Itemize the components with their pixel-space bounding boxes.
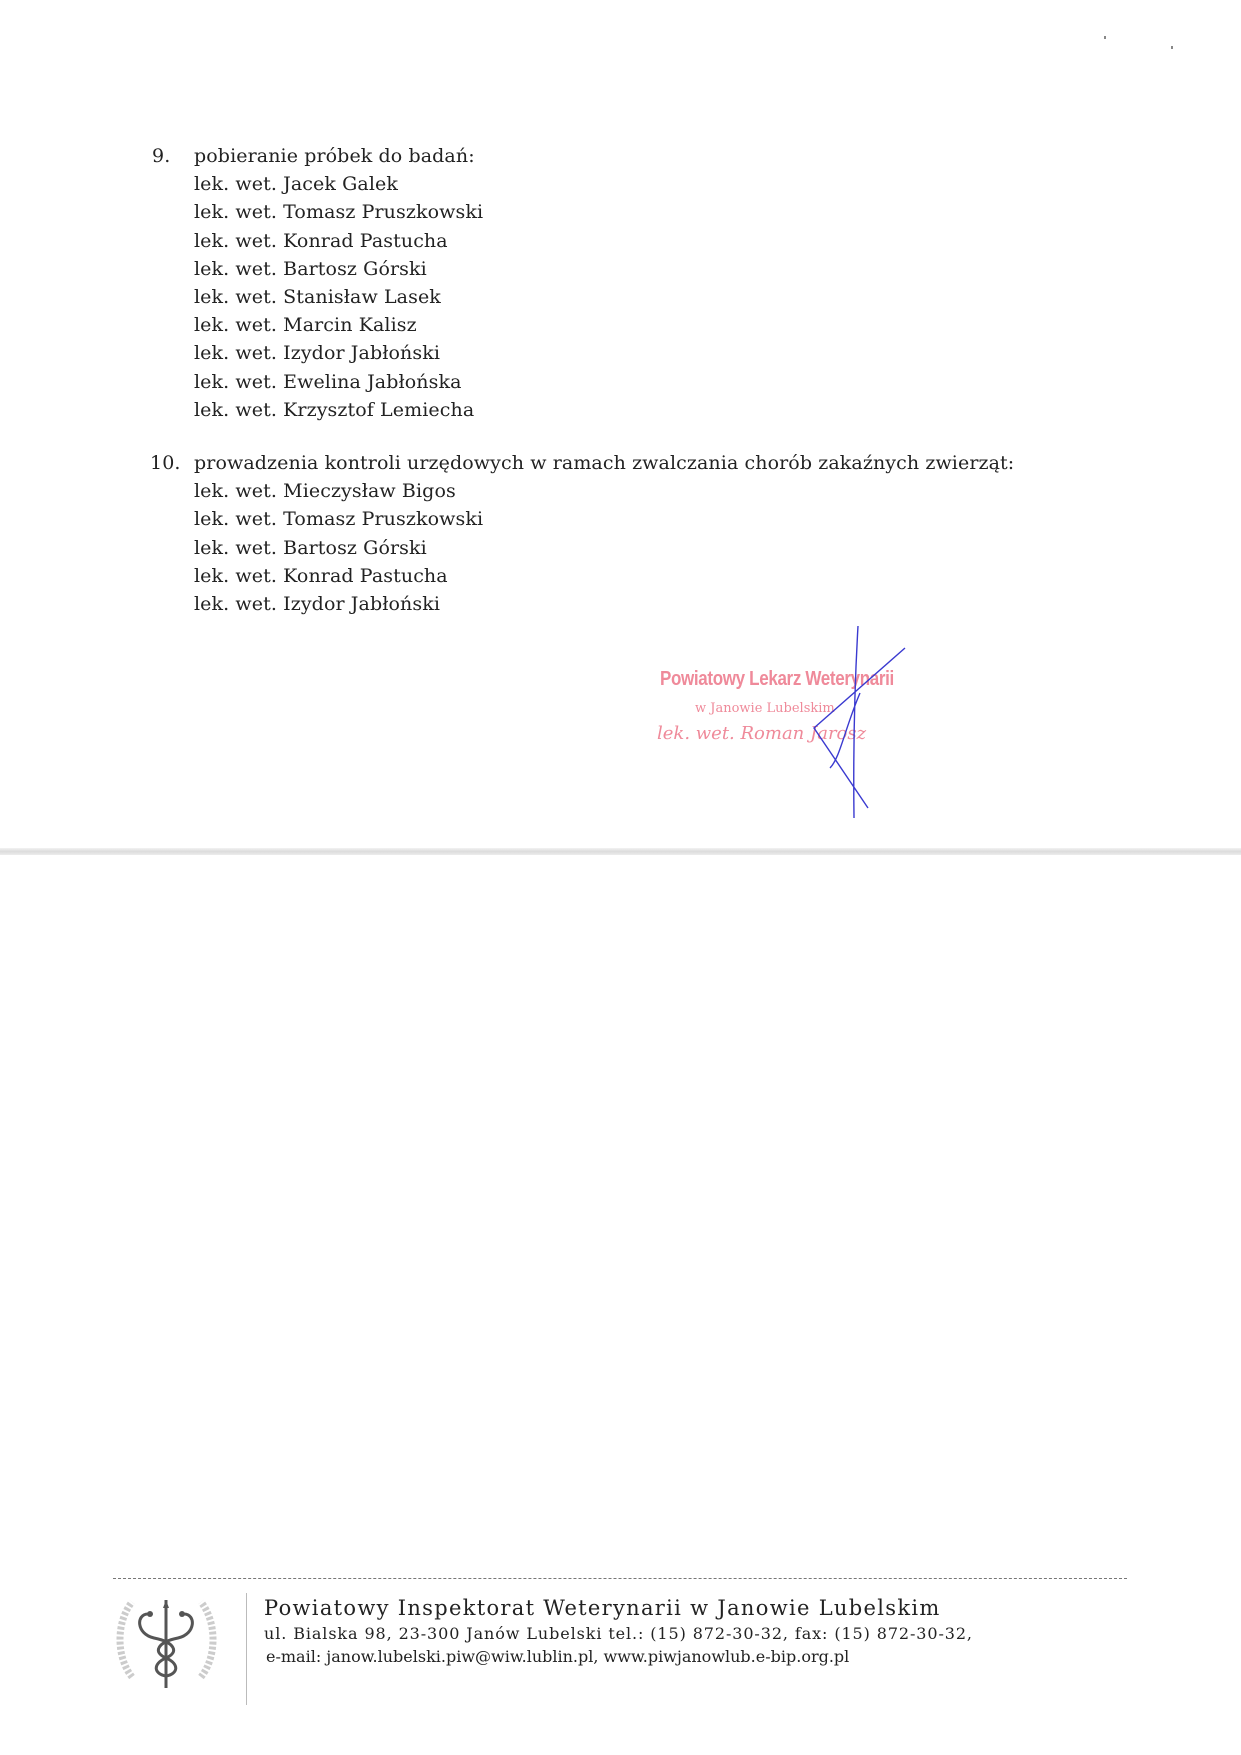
signature-icon (630, 618, 910, 818)
footer-vertical-rule (246, 1593, 247, 1705)
scan-speck (1171, 46, 1173, 49)
list-item: lek. wet. Tomasz Pruszkowski (152, 505, 1014, 533)
list-item: lek. wet. Izydor Jabłoński (152, 339, 483, 367)
list-item: lek. wet. Bartosz Górski (152, 534, 1014, 562)
footer-divider (113, 1578, 1127, 1579)
scan-speck (1104, 36, 1106, 39)
list-item: lek. wet. Krzysztof Lemiecha (152, 396, 483, 424)
list-item: lek. wet. Jacek Galek (152, 170, 483, 198)
page-separator (0, 848, 1241, 855)
section-number: 9. (152, 142, 170, 170)
section-9: 9. pobieranie próbek do badań: lek. wet.… (152, 142, 483, 424)
list-item: lek. wet. Stanisław Lasek (152, 283, 483, 311)
list-item: lek. wet. Mieczysław Bigos (152, 477, 1014, 505)
caduceus-wreath-icon (114, 1592, 219, 1692)
section-heading: prowadzenia kontroli urzędowych w ramach… (152, 449, 1014, 477)
footer-address: ul. Bialska 98, 23-300 Janów Lubelski te… (264, 1624, 973, 1643)
list-item: lek. wet. Ewelina Jabłońska (152, 368, 483, 396)
list-item: lek. wet. Konrad Pastucha (152, 227, 483, 255)
section-heading: pobieranie próbek do badań: (152, 142, 483, 170)
list-item: lek. wet. Bartosz Górski (152, 255, 483, 283)
footer-contact: e-mail: janow.lubelski.piw@wiw.lublin.pl… (266, 1647, 849, 1666)
list-item: lek. wet. Marcin Kalisz (152, 311, 483, 339)
list-item: lek. wet. Konrad Pastucha (152, 562, 1014, 590)
section-10: 10. prowadzenia kontroli urzędowych w ra… (152, 449, 1014, 618)
list-item: lek. wet. Tomasz Pruszkowski (152, 198, 483, 226)
list-item: lek. wet. Izydor Jabłoński (152, 590, 1014, 618)
footer-institution-name: Powiatowy Inspektorat Weterynarii w Jano… (264, 1596, 941, 1620)
section-number: 10. (150, 449, 181, 477)
